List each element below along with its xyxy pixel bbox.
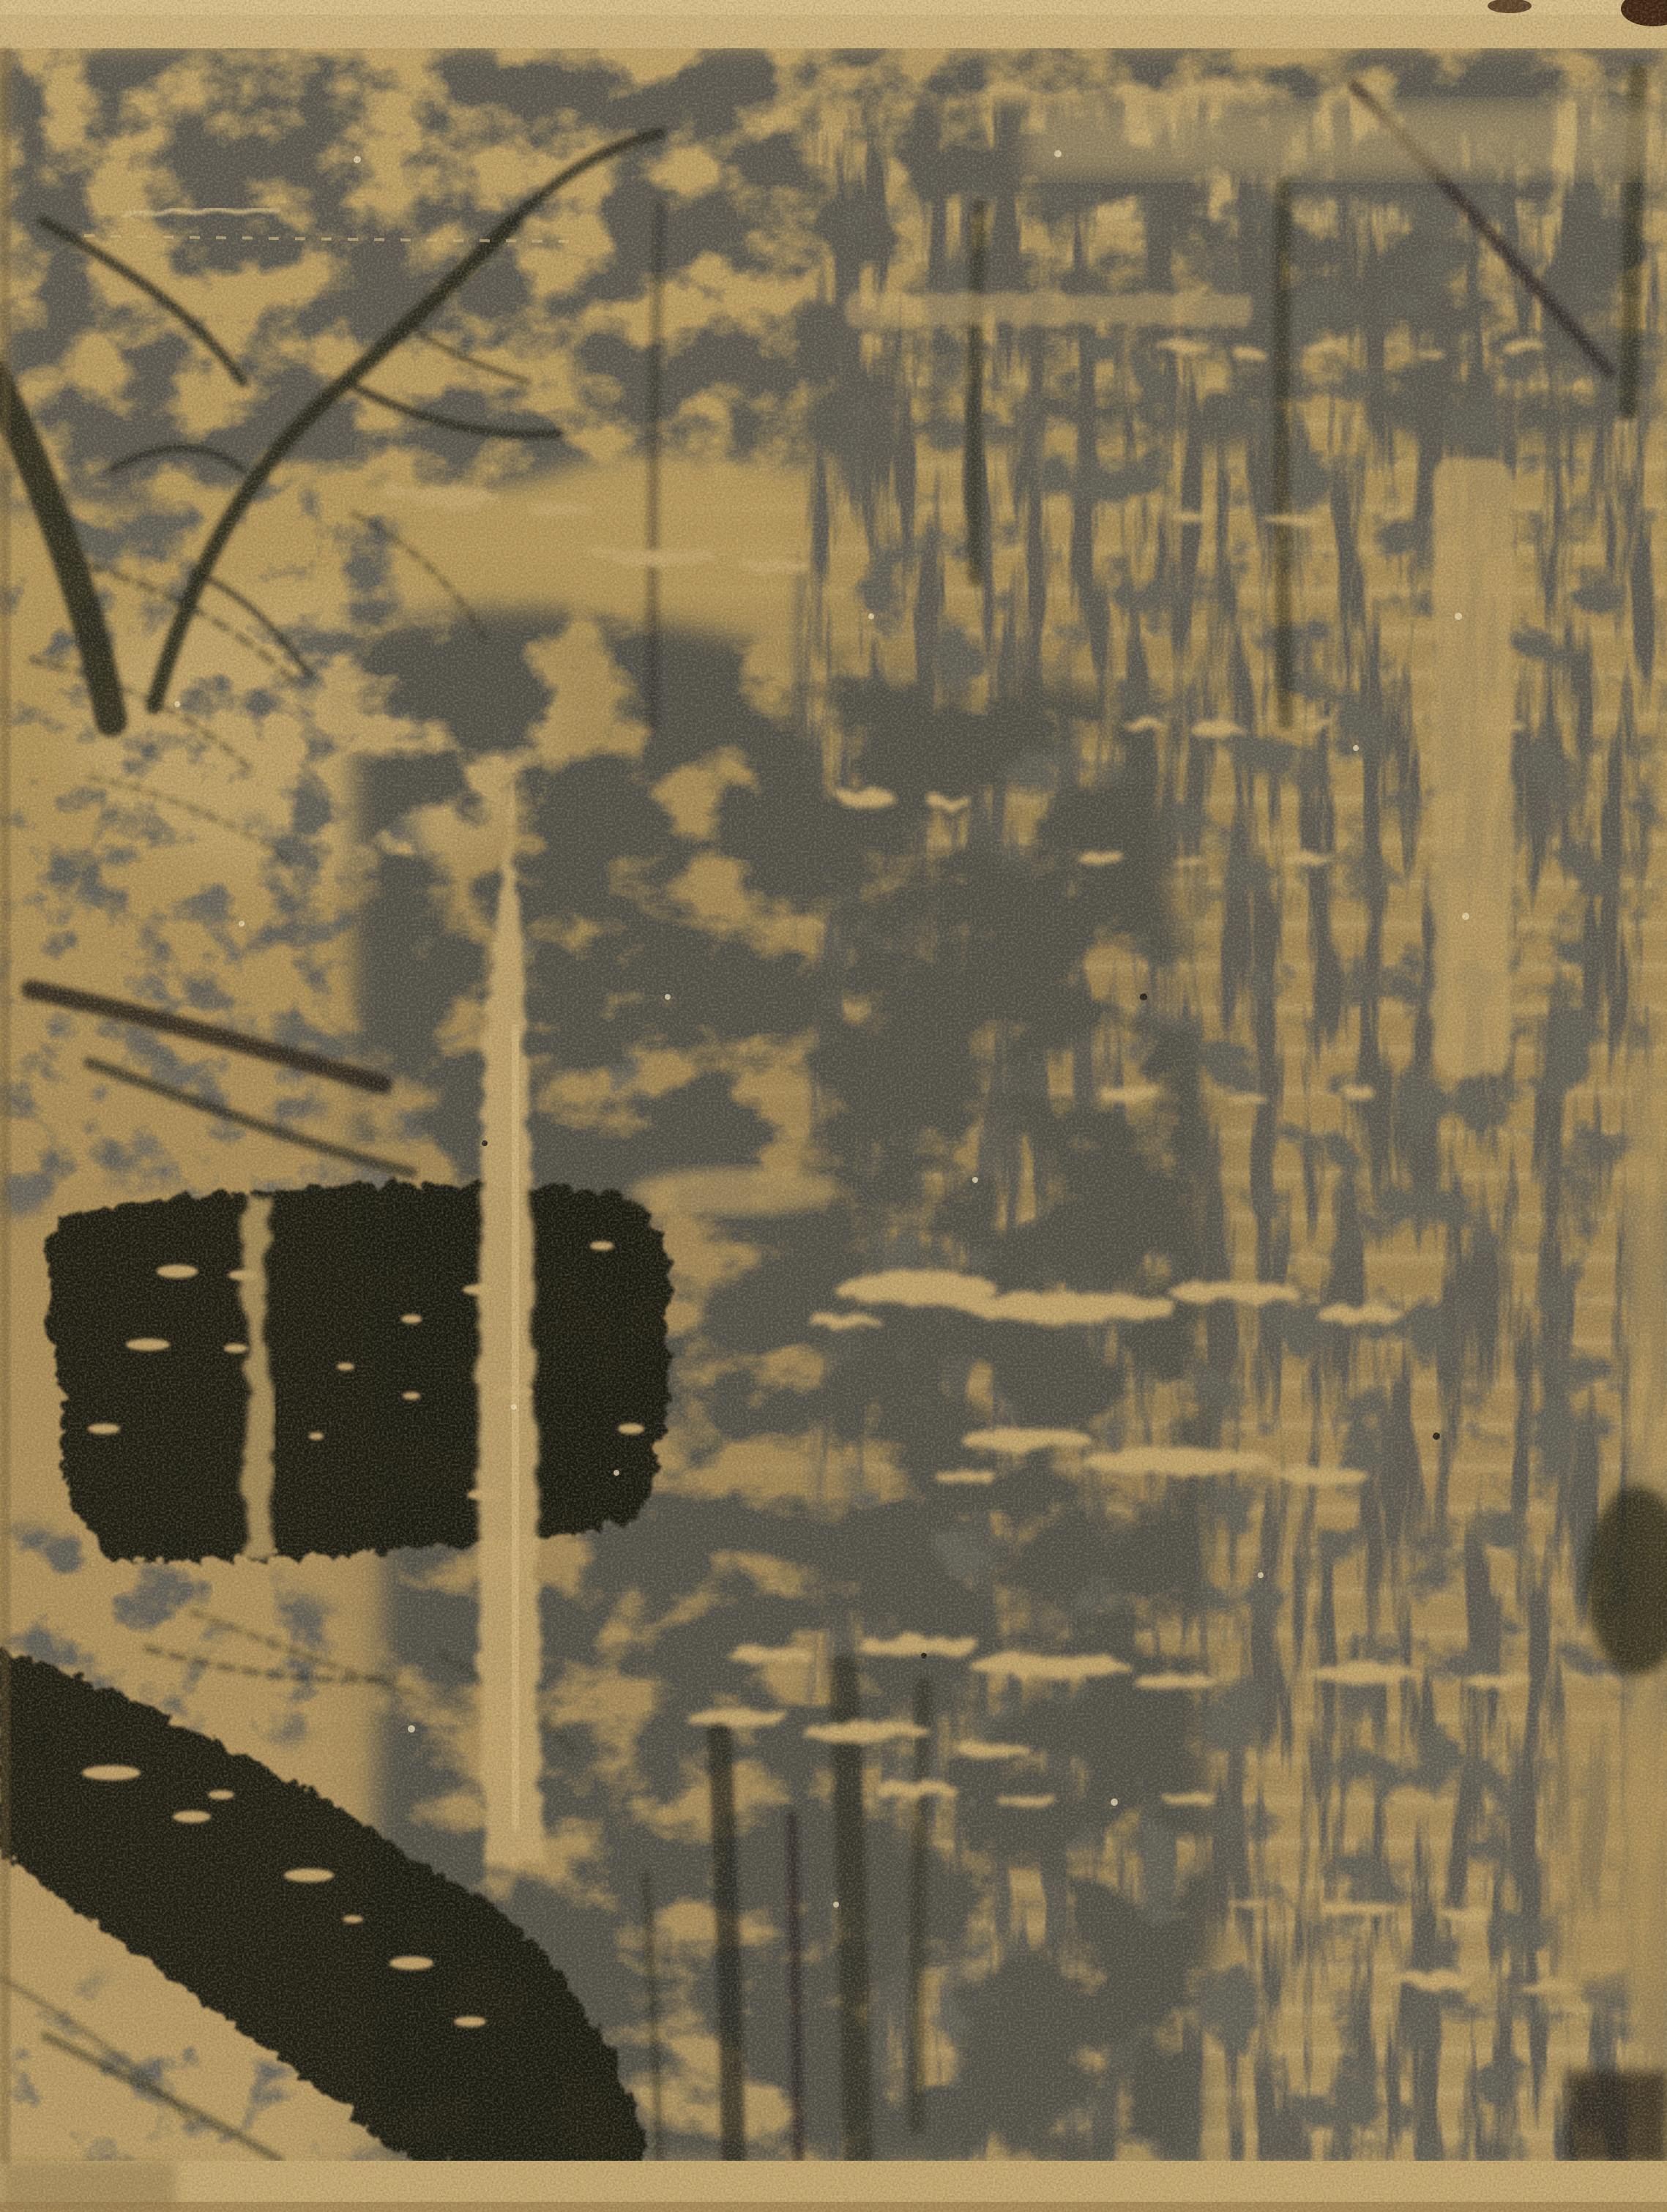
grain-overlay [0, 0, 1667, 2212]
artwork-figure [0, 0, 1667, 2212]
artwork-canvas [0, 0, 1667, 2212]
